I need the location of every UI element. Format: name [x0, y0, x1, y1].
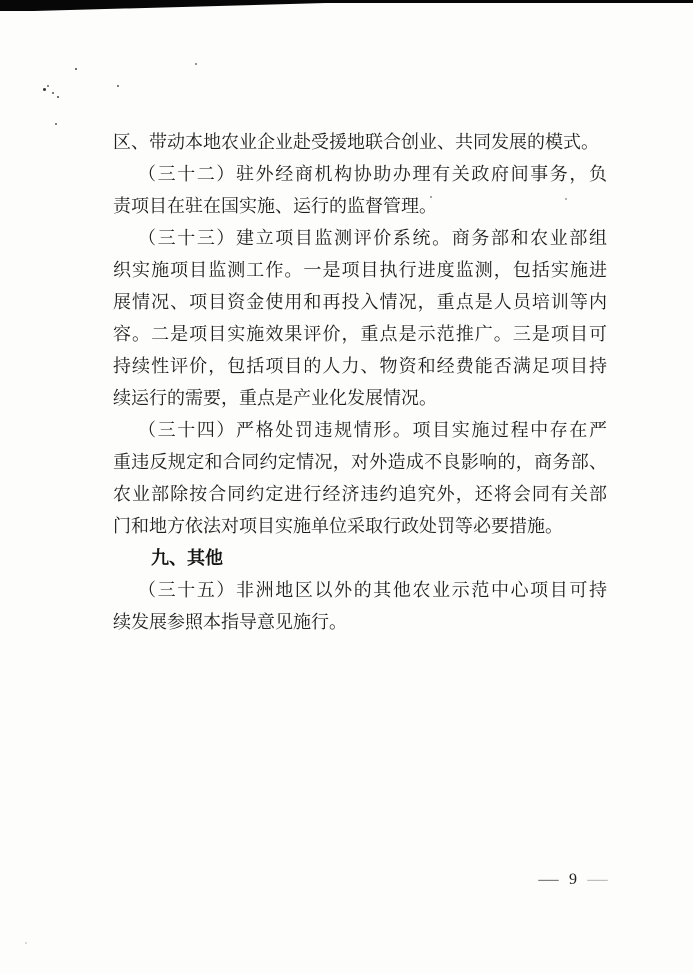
scanned-document-page: 区、带动本地农业企业赴受援地联合创业、共同发展的模式。 （三十二）驻外经商机构协… [0, 0, 693, 974]
body-line: 织实施项目监测工作。一是项目执行进度监测，包括实施进 [113, 254, 607, 286]
scan-speck [57, 96, 59, 98]
page-number: 9 [569, 870, 577, 890]
body-line: 续发展参照本指导意见施行。 [113, 606, 607, 638]
scan-speck [117, 85, 119, 87]
body-line: 续运行的需要，重点是产业化发展情况。 [113, 382, 607, 414]
body-line: 门和地方依法对项目实施单位采取行政处罚等必要措施。 [113, 510, 607, 542]
body-line: （三十五）非洲地区以外的其他农业示范中心项目可持 [113, 574, 607, 606]
scan-speck [195, 63, 197, 65]
body-line: 重违反规定和合同约定情况，对外造成不良影响的，商务部、 [113, 446, 607, 478]
body-line: 容。二是项目实施效果评价，重点是示范推广。三是项目可 [113, 318, 607, 350]
scan-edge-wedge-artifact [0, 0, 335, 11]
page-footer: — 9 — [541, 870, 605, 890]
section-heading-other: 九、其他 [113, 542, 607, 574]
scan-speck [55, 123, 57, 125]
body-line: 持续性评价，包括项目的人力、物资和经费能否满足项目持 [113, 350, 607, 382]
body-line: 展情况、项目资金使用和再投入情况，重点是人员培训等内 [113, 286, 607, 318]
body-line: 责项目在驻在国实施、运行的监督管理。 [113, 190, 607, 222]
document-body: 区、带动本地农业企业赴受援地联合创业、共同发展的模式。 （三十二）驻外经商机构协… [113, 126, 607, 638]
body-line: 农业部除按合同约定进行经济违约追究外，还将会同有关部 [113, 478, 607, 510]
scan-speck [75, 68, 77, 70]
body-line: 区、带动本地农业企业赴受援地联合创业、共同发展的模式。 [113, 126, 607, 158]
body-line: （三十三）建立项目监测评价系统。商务部和农业部组 [113, 222, 607, 254]
footer-dash-left: — [538, 870, 558, 890]
scan-speck [52, 92, 54, 94]
body-line: （三十二）驻外经商机构协助办理有关政府间事务，负 [113, 158, 607, 190]
body-line: （三十四）严格处罚违规情形。项目实施过程中存在严 [113, 414, 607, 446]
scan-speck [25, 942, 27, 944]
footer-dash-right: — [587, 870, 607, 890]
scan-speck [47, 85, 49, 87]
scan-speck [43, 88, 46, 91]
